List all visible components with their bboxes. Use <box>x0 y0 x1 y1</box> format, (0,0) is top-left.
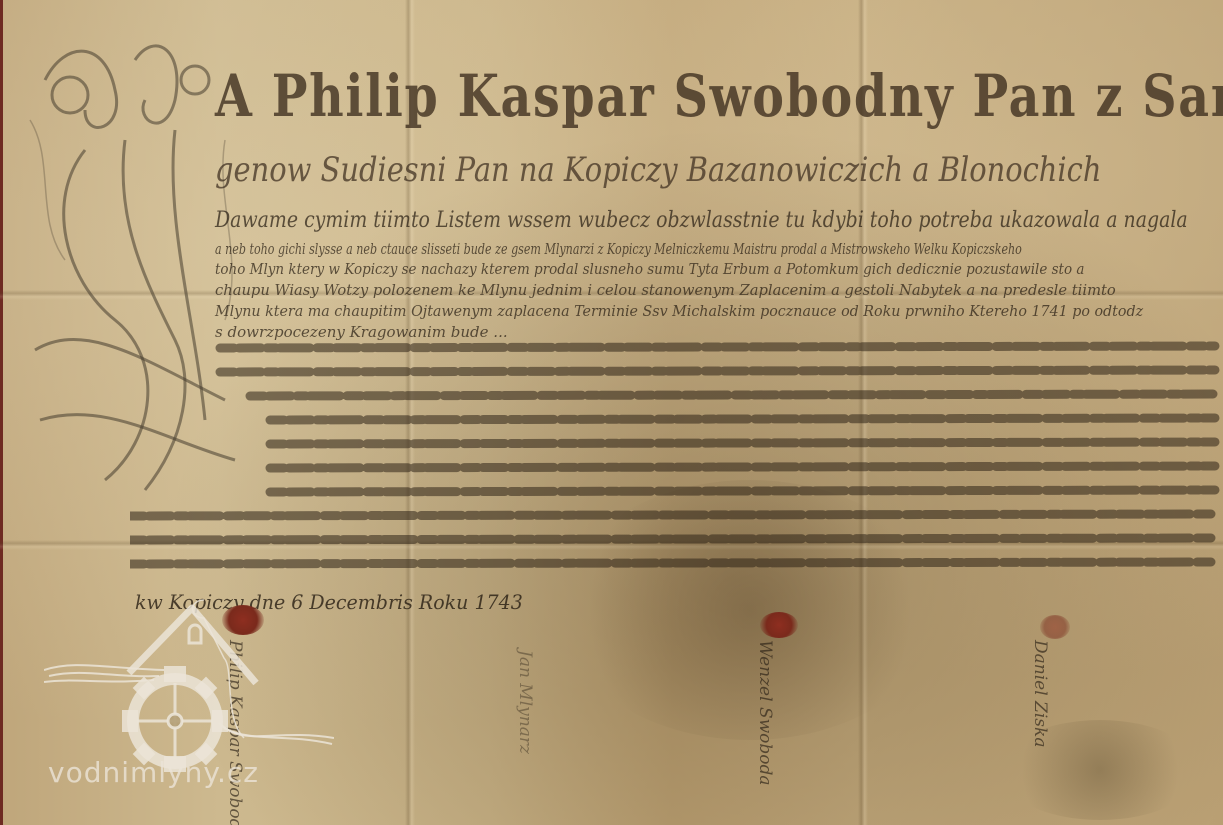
document-subtitle: genow Sudiesni Pan na Kopiczy Bazanowicz… <box>215 150 1101 190</box>
wax-seal <box>1040 615 1070 639</box>
body-text-line: s dowrzpocezeny Kragowanim bude ... <box>215 323 508 341</box>
document-title: A Philip Kaspar Swobodny Pan z Sam <box>215 62 1223 130</box>
body-text-line: a neb toho gichi slysse a neb ctauce sli… <box>215 240 1022 258</box>
body-text-line: toho Mlyn ktery w Kopiczy se nachazy kte… <box>215 260 1084 278</box>
signature-center: Wenzel Swoboda <box>755 640 775 820</box>
handwritten-body-text <box>130 340 1220 590</box>
body-text-line: Mlynu ktera ma chaupitim Ojtawenym zapla… <box>215 302 1143 320</box>
signature-center-left: Jan Mlynarz <box>515 650 535 820</box>
left-edge-border <box>0 0 3 825</box>
parchment-document: A Philip Kaspar Swobodny Pan z Sam genow… <box>0 0 1223 825</box>
wax-seal <box>760 612 798 638</box>
body-text-line: chaupu Wiasy Wotzy polozenem ke Mlynu je… <box>215 281 1116 299</box>
signature-right: Daniel Ziska <box>1030 640 1050 820</box>
watermark-text: vodnimlyny.cz <box>48 756 259 789</box>
body-text-line: Dawame cymim tiimto Listem wssem wubecz … <box>215 208 1188 233</box>
